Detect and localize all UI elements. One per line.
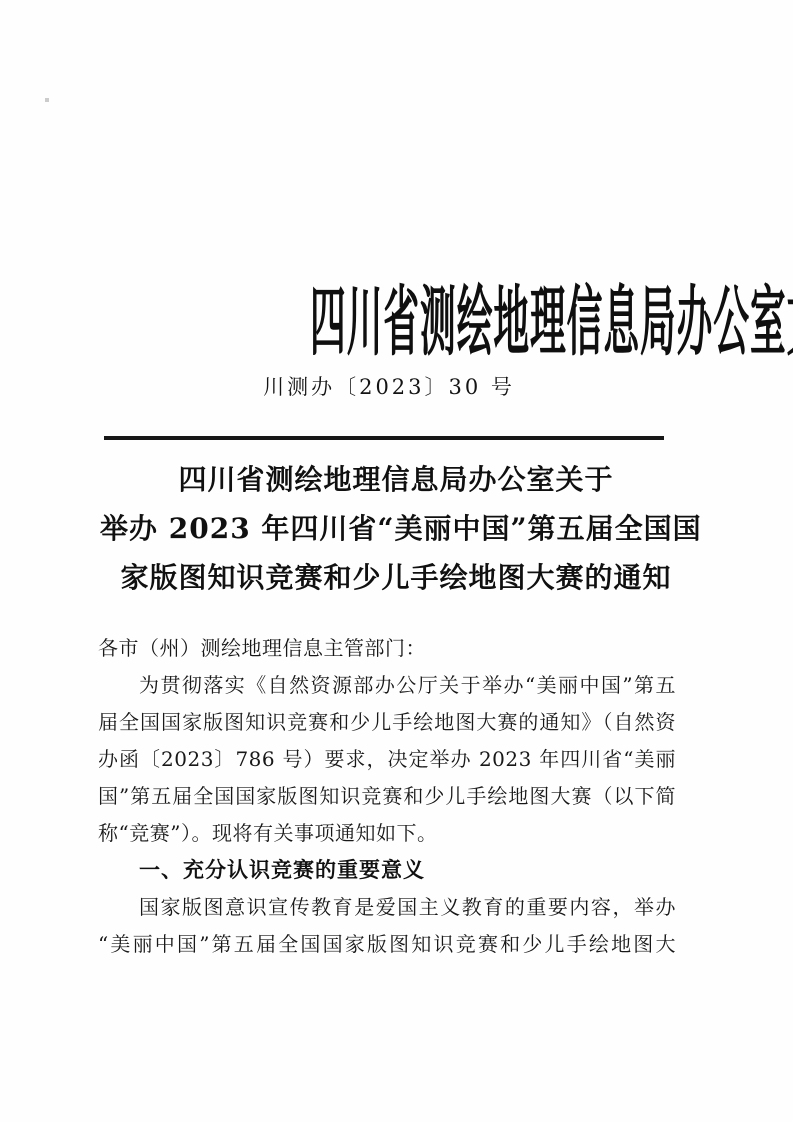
body-line: “美丽中国”第五届全国国家版图知识竞赛和少儿手绘地图大 <box>98 926 676 963</box>
notice-title-line-1: 四川省测绘地理信息局办公室关于 <box>100 455 692 504</box>
body-line: 国家版图意识宣传教育是爱国主义教育的重要内容，举办 <box>98 889 676 926</box>
salutation-line: 各市（州）测绘地理信息主管部门： <box>98 630 676 667</box>
body-line: 称“竞赛”）。现将有关事项通知如下。 <box>98 815 676 852</box>
body-line: 届全国国家版图知识竞赛和少儿手绘地图大赛的通知》（自然资 <box>98 704 676 741</box>
document-number: 川测办〔2023〕30 号 <box>0 371 778 401</box>
body-line: 办函〔2023〕786 号）要求，决定举办 2023 年四川省“美丽中 <box>98 741 676 778</box>
issuing-org-masthead: 四川省测绘地理信息局办公室文件 <box>310 261 793 370</box>
notice-title: 四川省测绘地理信息局办公室关于 举办 2023 年四川省“美丽中国”第五届全国国… <box>100 455 692 602</box>
letterhead: 四川省测绘地理信息局办公室文件 <box>0 261 748 370</box>
notice-title-line-2: 举办 2023 年四川省“美丽中国”第五届全国国 <box>100 504 692 553</box>
body-line: 为贯彻落实《自然资源部办公厅关于举办“美丽中国”第五 <box>98 667 676 704</box>
letterhead-divider-rule <box>104 436 664 440</box>
document-page: 四川省测绘地理信息局办公室文件 川测办〔2023〕30 号 四川省测绘地理信息局… <box>0 0 793 1122</box>
scan-artifact-dot <box>45 98 49 102</box>
notice-title-line-3: 家版图知识竞赛和少儿手绘地图大赛的通知 <box>100 553 692 602</box>
notice-body: 各市（州）测绘地理信息主管部门： 为贯彻落实《自然资源部办公厅关于举办“美丽中国… <box>98 630 676 963</box>
body-line: 国”第五届全国国家版图知识竞赛和少儿手绘地图大赛（以下简 <box>98 778 676 815</box>
section-heading: 一、充分认识竞赛的重要意义 <box>98 852 676 889</box>
